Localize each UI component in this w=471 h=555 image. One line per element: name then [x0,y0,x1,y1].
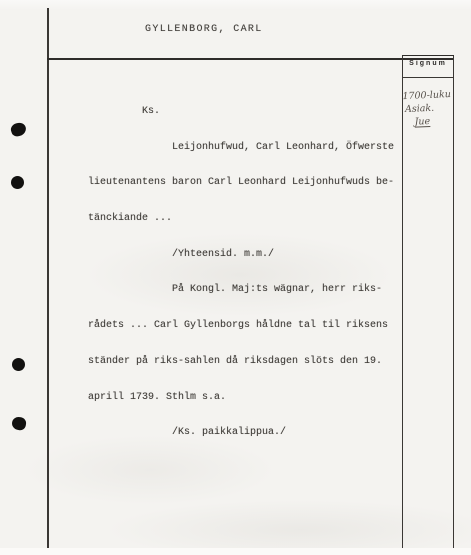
typed-line: /Ks. paikkalippua./ [88,427,394,439]
typed-line: Leijonhufwud, Carl Leonhard, Öfwerste [88,142,394,154]
typed-line: tänckiande ... [88,213,394,225]
signum-column-label: Signum [402,60,454,67]
typed-entry-text: Ks. Leijonhufwud, Carl Leonhard, Öfwerst… [88,82,394,463]
card-left-rule [47,8,49,548]
card-heading: GYLLENBORG, CARL [145,24,263,35]
hole-punch [11,176,24,189]
scanned-catalog-card: GYLLENBORG, CARL Signum 1700-luku Asiak.… [0,0,471,555]
card-top-rule [47,58,454,60]
hole-punch [11,416,27,431]
typed-line: På Kongl. Maj:ts wägnar, herr riks- [88,284,394,296]
shelfmark-line: 1700-luku [402,88,455,103]
hole-punch [9,121,27,138]
signum-box-top-rule [402,55,454,56]
typed-line: ständer på riks-sahlen då riksdagen slöt… [88,356,394,368]
shelfmark-line: Jue [403,114,456,129]
scan-edge [0,548,471,555]
typed-line: rådets ... Carl Gyllenborgs håldne tal t… [88,320,394,332]
card-right-rule [453,55,455,548]
typed-line: Ks. [88,106,394,118]
typed-line: aprill 1739. Sthlm s.a. [88,392,394,404]
signum-header-underline [402,77,453,78]
typed-line: lieutenantens baron Carl Leonhard Leijon… [88,177,394,189]
hole-punch [12,358,25,371]
typed-line: /Yhteensid. m.m./ [88,249,394,261]
handwritten-shelfmark: 1700-luku Asiak. Jue [402,88,456,129]
